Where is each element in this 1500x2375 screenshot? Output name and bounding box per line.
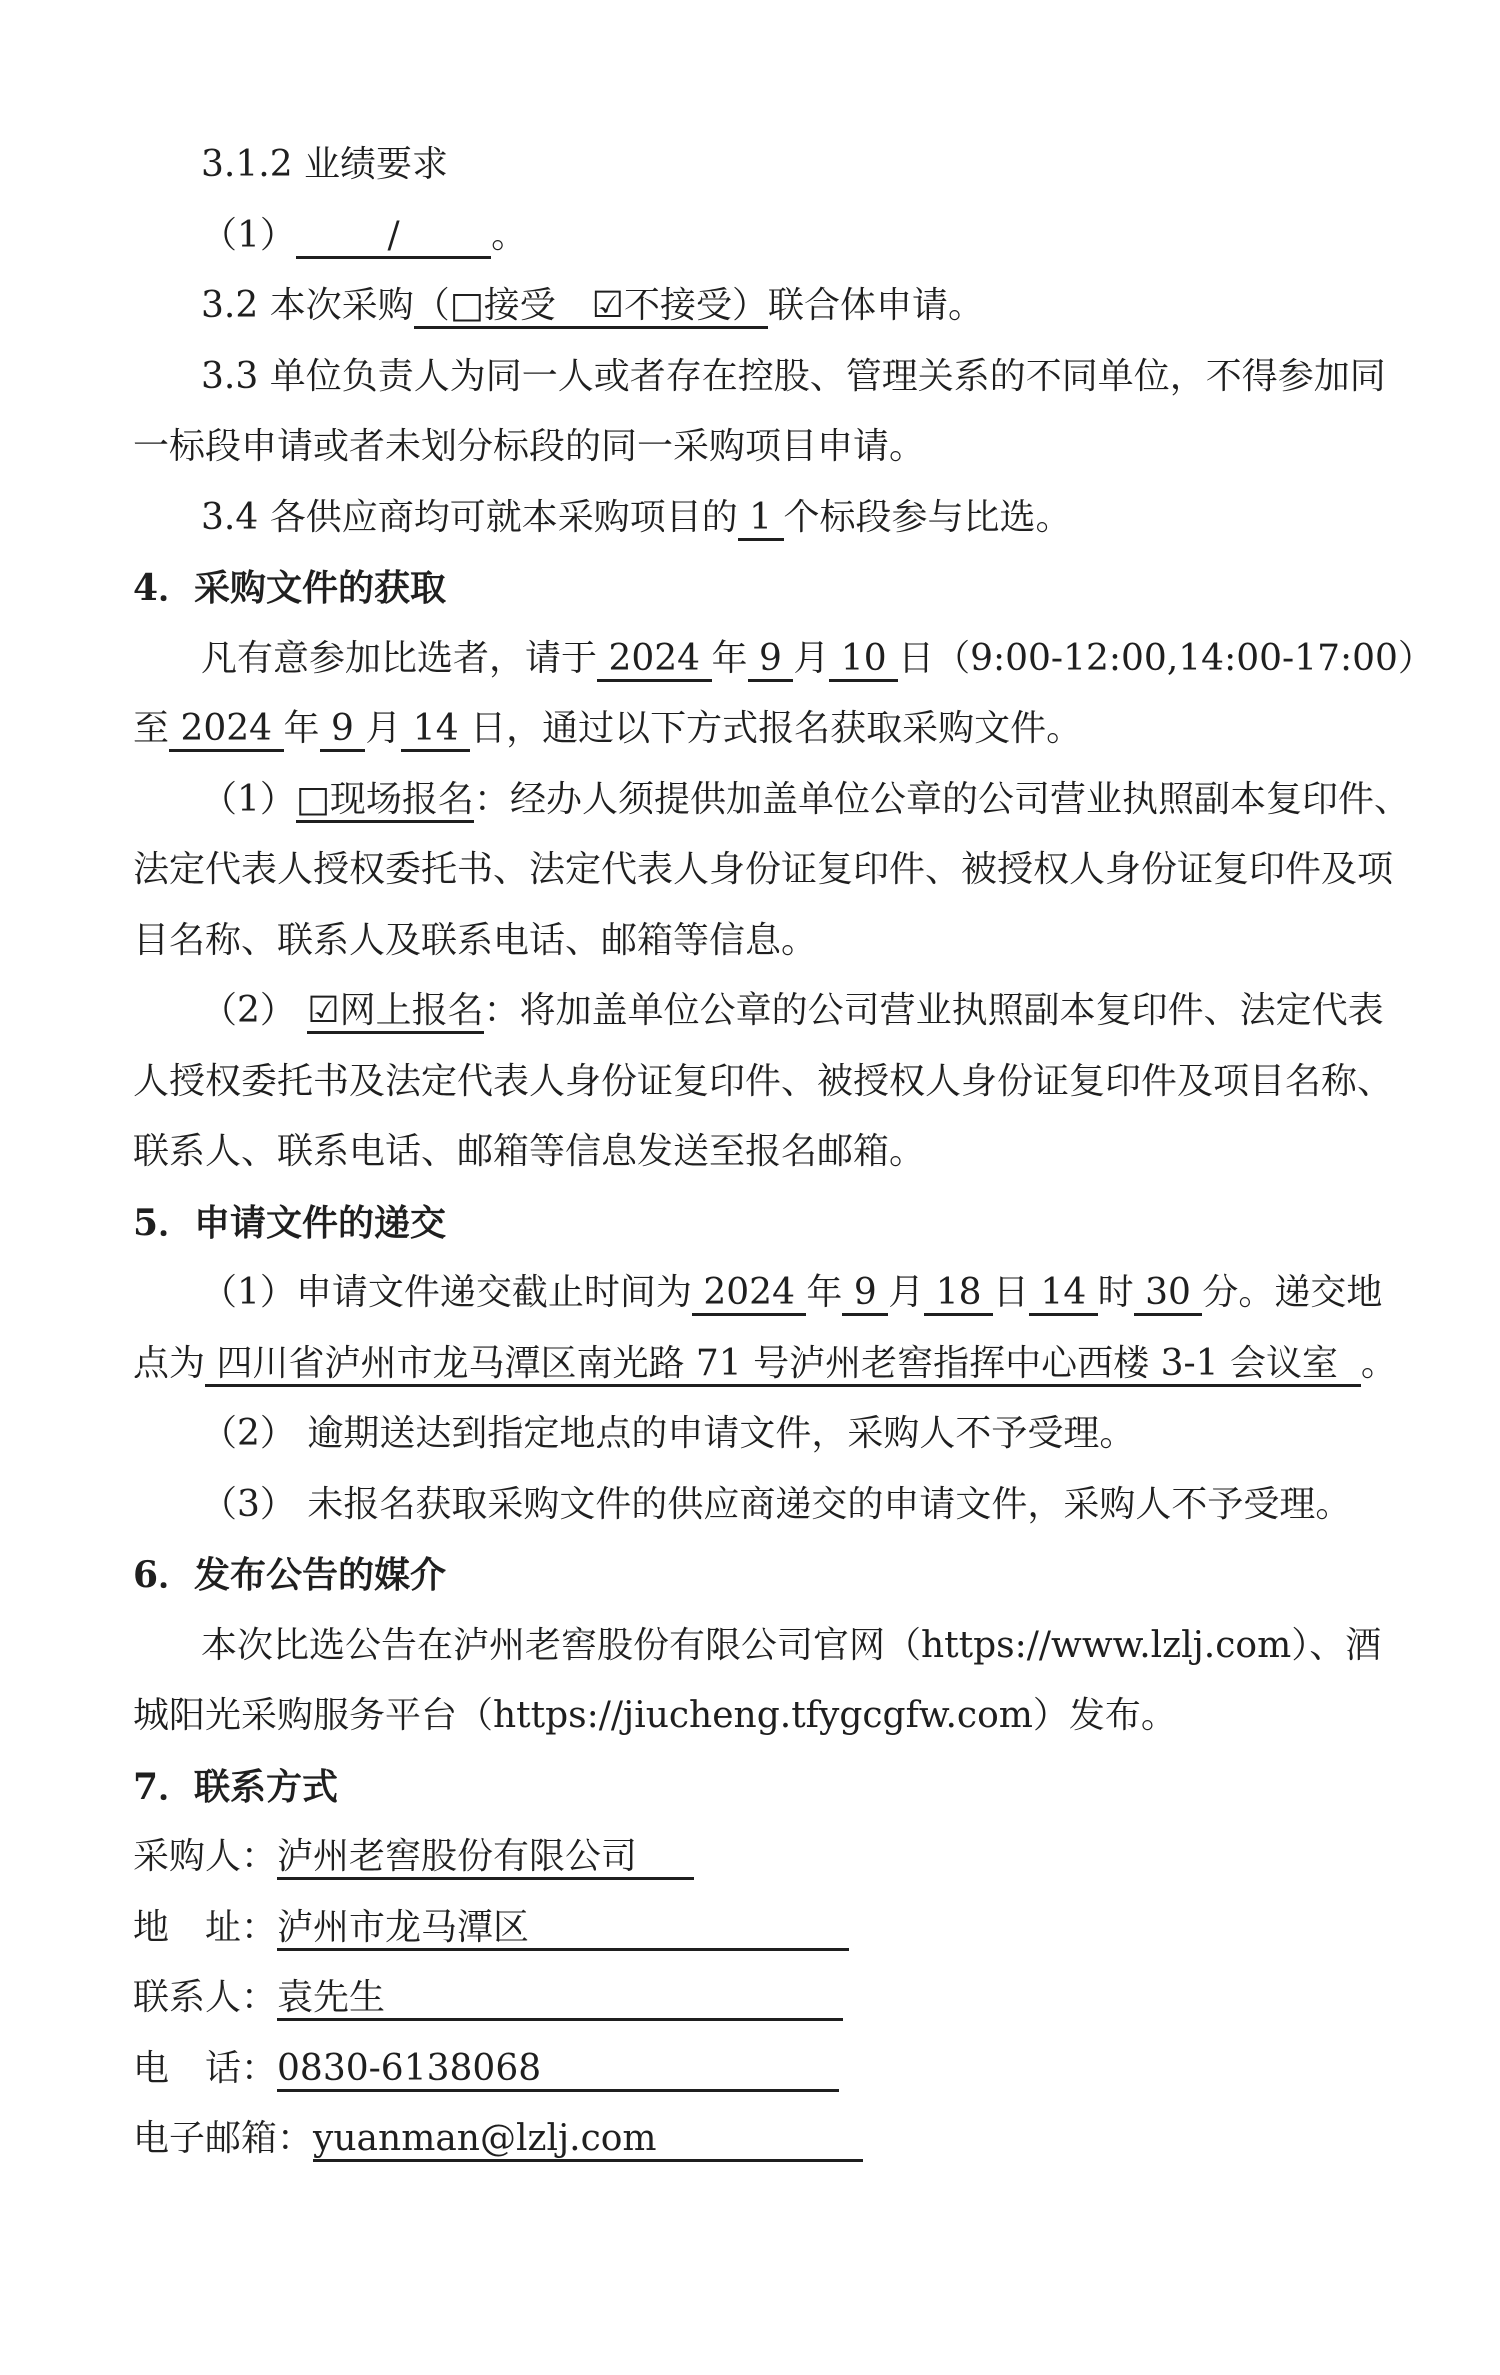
contact-person: 联系人：袁先生 (133, 1963, 1412, 2034)
text-run: 联合体申请。 (768, 285, 984, 326)
text-run: 3.2 本次采购 (201, 285, 414, 326)
text-run: 日（9:00-12:00,14:00-17:00） (898, 638, 1434, 679)
clause-3-4: 3.4 各供应商均可就本采购项目的 1 个标段参与比选。 (133, 483, 1412, 554)
text-run: 人授权委托书及法定代表人身份证复印件、被授权人身份证复印件及项目名称、 (133, 1061, 1393, 1102)
text-run: 法定代表人授权委托书、法定代表人身份证复印件、被授权人身份证复印件及项 (133, 849, 1393, 890)
text-run: 年 (806, 1272, 842, 1313)
clause-6-line-2: 城阳光采购服务平台（https://jiucheng.tfygcgfw.com）… (133, 1681, 1412, 1752)
section-7-heading: 7．联系方式 (133, 1752, 1412, 1823)
text-run: 3.4 各供应商均可就本采购项目的 (201, 497, 738, 538)
text-run: 月 (793, 638, 829, 679)
clause-4-item-2-line-2: 人授权委托书及法定代表人身份证复印件、被授权人身份证复印件及项目名称、 (133, 1047, 1412, 1118)
underlined-text-run: 2024 (169, 708, 284, 752)
text-run: 联系人、联系电话、邮箱等信息发送至报名邮箱。 (133, 1131, 925, 1172)
clause-4-item-2-line-1: （2） ☑网上报名：将加盖单位公章的公司营业执照副本复印件、法定代表 (133, 976, 1412, 1047)
text-run: 年 (712, 638, 748, 679)
text-run: 6．发布公告的媒介 (133, 1554, 446, 1596)
underlined-text-run: 泸州老窖股份有限公司 (277, 1836, 694, 1880)
underlined-text-run: 四川省泸州市龙马潭区南光路 71 号泸州老窖指挥中心西楼 3-1 会议室 (205, 1343, 1361, 1387)
underlined-text-run: 0830-6138068 (277, 2048, 839, 2092)
document-body: 3.1.2 业绩要求（1） / 。3.2 本次采购（□接受 ☑不接受）联合体申请… (133, 130, 1412, 2175)
text-run: 时 (1098, 1272, 1134, 1313)
checkbox-unchecked-icon: □ (296, 779, 330, 823)
text-run: （1） (201, 779, 296, 820)
text-run: 点为 (133, 1343, 205, 1384)
text-run: （2） (201, 990, 307, 1031)
clause-3-3-line-1: 3.3 单位负责人为同一人或者存在控股、管理关系的不同单位，不得参加同 (133, 342, 1412, 413)
text-run: ：经办人须提供加盖单位公章的公司营业执照副本复印件、 (474, 779, 1410, 820)
checkbox-checked-icon: ☑ (592, 285, 624, 329)
text-run: （2） 逾期送达到指定地点的申请文件，采购人不予受理。 (201, 1413, 1135, 1454)
text-run: 4．采购文件的获取 (133, 567, 446, 609)
contact-address: 地 址：泸州市龙马潭区 (133, 1893, 1412, 1964)
text-run: 。 (491, 215, 527, 256)
text-run: 城阳光采购服务平台（https://jiucheng.tfygcgfw.com）… (133, 1695, 1177, 1736)
underlined-text-run: 现场报名 (330, 779, 474, 823)
text-run: 月 (365, 708, 401, 749)
underlined-text-run: 30 (1134, 1272, 1203, 1316)
text-run: 采购人： (133, 1836, 277, 1877)
underlined-text-run: 18 (924, 1272, 993, 1316)
text-run: （3） 未报名获取采购文件的供应商递交的申请文件，采购人不予受理。 (201, 1484, 1351, 1525)
text-run: 3.3 单位负责人为同一人或者存在控股、管理关系的不同单位，不得参加同 (201, 356, 1386, 397)
text-run: 分。递交地 (1202, 1272, 1382, 1313)
underlined-text-run: 10 (829, 638, 898, 682)
text-run: 电子邮箱： (133, 2118, 313, 2159)
text-run: （1）申请文件递交截止时间为 (201, 1272, 692, 1313)
section-5-heading: 5．申请文件的递交 (133, 1188, 1412, 1259)
contact-phone: 电 话：0830-6138068 (133, 2034, 1412, 2105)
underlined-text-run: 1 (738, 497, 784, 541)
underlined-text-run: / (296, 215, 491, 259)
clause-3-2: 3.2 本次采购（□接受 ☑不接受）联合体申请。 (133, 271, 1412, 342)
clause-3-3-line-2: 一标段申请或者未划分标段的同一采购项目申请。 (133, 412, 1412, 483)
clause-5-item-2: （2） 逾期送达到指定地点的申请文件，采购人不予受理。 (133, 1399, 1412, 1470)
clause-3-1-2-heading: 3.1.2 业绩要求 (133, 130, 1412, 201)
document-page: 3.1.2 业绩要求（1） / 。3.2 本次采购（□接受 ☑不接受）联合体申请… (0, 0, 1500, 2375)
clause-5-item-3: （3） 未报名获取采购文件的供应商递交的申请文件，采购人不予受理。 (133, 1470, 1412, 1541)
contact-email: 电子邮箱：yuanman@lzlj.com (133, 2104, 1412, 2175)
underlined-text-run: 泸州市龙马潭区 (277, 1907, 849, 1951)
underlined-text-run: 9 (748, 638, 794, 682)
checkbox-checked-icon: ☑ (307, 990, 339, 1034)
section-4-heading: 4．采购文件的获取 (133, 553, 1412, 624)
text-run: 7．联系方式 (133, 1766, 338, 1808)
text-run: 日 (993, 1272, 1029, 1313)
text-run: 个标段参与比选。 (784, 497, 1072, 538)
section-6-heading: 6．发布公告的媒介 (133, 1540, 1412, 1611)
text-run: 3.1.2 业绩要求 (201, 144, 448, 185)
underlined-text-run: 14 (401, 708, 470, 752)
underlined-text-run: 袁先生 (277, 1977, 843, 2021)
text-run: 地 址： (133, 1907, 277, 1948)
clause-3-1-2-item-1: （1） / 。 (133, 201, 1412, 272)
text-run: 电 话： (133, 2048, 277, 2089)
underlined-text-run: 不接受） (624, 285, 768, 329)
underlined-text-run: 2024 (692, 1272, 807, 1316)
text-run: 月 (888, 1272, 924, 1313)
underlined-text-run: 14 (1029, 1272, 1098, 1316)
clause-5-item-1-line-1: （1）申请文件递交截止时间为 2024 年 9 月 18 日 14 时 30 分… (133, 1258, 1412, 1329)
text-run: 目名称、联系人及联系电话、邮箱等信息。 (133, 920, 817, 961)
text-run: ：将加盖单位公章的公司营业执照副本复印件、法定代表 (484, 990, 1384, 1031)
text-run: 。 (1361, 1343, 1397, 1384)
text-run: 至 (133, 708, 169, 749)
underlined-text-run: 2024 (597, 638, 712, 682)
clause-4-item-1-line-3: 目名称、联系人及联系电话、邮箱等信息。 (133, 906, 1412, 977)
underlined-text-run: yuanman@lzlj.com (313, 2118, 863, 2162)
underlined-text-run: 接受 (484, 285, 592, 329)
text-run: 年 (284, 708, 320, 749)
clause-4-item-1-line-2: 法定代表人授权委托书、法定代表人身份证复印件、被授权人身份证复印件及项 (133, 835, 1412, 906)
clause-5-item-1-line-2: 点为 四川省泸州市龙马潭区南光路 71 号泸州老窖指挥中心西楼 3-1 会议室 … (133, 1329, 1412, 1400)
text-run: （1） (201, 215, 296, 256)
text-run: 凡有意参加比选者，请于 (201, 638, 597, 679)
checkbox-unchecked-icon: □ (450, 285, 484, 329)
clause-4-item-1-line-1: （1）□现场报名：经办人须提供加盖单位公章的公司营业执照副本复印件、 (133, 765, 1412, 836)
clause-4-intro-line-1: 凡有意参加比选者，请于 2024 年 9 月 10 日（9:00-12:00,1… (133, 624, 1412, 695)
underlined-text-run: 9 (842, 1272, 888, 1316)
text-run: 联系人： (133, 1977, 277, 2018)
clause-6-line-1: 本次比选公告在泸州老窖股份有限公司官网（https://www.lzlj.com… (133, 1611, 1412, 1682)
text-run: 一标段申请或者未划分标段的同一采购项目申请。 (133, 426, 925, 467)
underlined-text-run: 9 (320, 708, 366, 752)
clause-4-item-2-line-3: 联系人、联系电话、邮箱等信息发送至报名邮箱。 (133, 1117, 1412, 1188)
clause-4-intro-line-2: 至 2024 年 9 月 14 日，通过以下方式报名获取采购文件。 (133, 694, 1412, 765)
text-run: 日，通过以下方式报名获取采购文件。 (470, 708, 1082, 749)
underlined-text-run: （ (414, 285, 450, 329)
contact-purchaser: 采购人：泸州老窖股份有限公司 (133, 1822, 1412, 1893)
underlined-text-run: 网上报名 (340, 990, 484, 1034)
text-run: 5．申请文件的递交 (133, 1202, 446, 1244)
text-run: 本次比选公告在泸州老窖股份有限公司官网（https://www.lzlj.com… (201, 1625, 1381, 1666)
